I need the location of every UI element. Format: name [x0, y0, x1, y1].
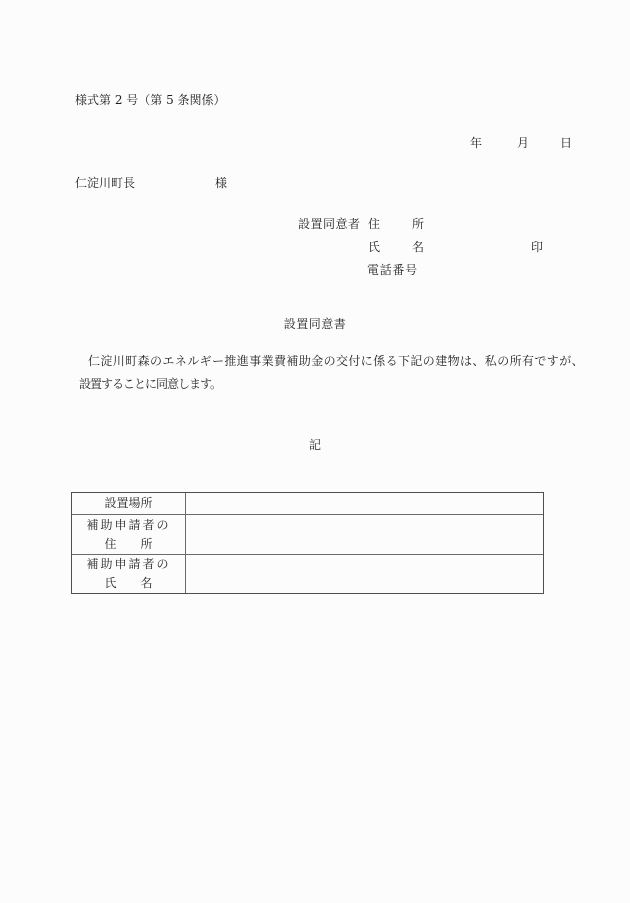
table-row-label-text: 氏 名 — [104, 574, 152, 593]
table-row-label: 補助申請者の 氏 名 — [72, 555, 186, 593]
table-row: 補助申請者の 住 所 — [72, 514, 543, 554]
name-field-label-right: 名 — [412, 240, 424, 255]
table-value-cell — [186, 555, 543, 593]
date-month-label: 月 — [517, 136, 529, 151]
document-title: 設置同意書 — [0, 317, 630, 332]
form-number: 様式第 2 号（第 5 条関係） — [75, 93, 226, 108]
table-value-cell — [186, 515, 543, 554]
table-row: 補助申請者の 氏 名 — [72, 554, 543, 593]
consent-table: 設置場所 補助申請者の 住 所 補助申請者の 氏 名 — [71, 492, 544, 594]
address-field-label-left: 住 — [368, 217, 380, 232]
body-text-line: 仁淀川町森のエネルギー推進事業費補助金の交付に係る下記の建物は、私の所有ですが、 — [88, 354, 584, 369]
table-row: 設置場所 — [72, 493, 543, 514]
list-marker: 記 — [0, 438, 630, 453]
date-day-label: 日 — [560, 136, 572, 151]
address-field-label-right: 所 — [412, 217, 424, 232]
name-field-label-left: 氏 — [368, 240, 380, 255]
addressee-honorific: 様 — [215, 176, 227, 191]
addressee-name: 仁淀川町長 — [75, 176, 135, 191]
table-row-label-text: 補助申請者の — [86, 516, 170, 535]
table-row-label-text: 補助申請者の — [86, 555, 170, 574]
table-row-label-text: 住 所 — [104, 535, 152, 554]
table-value-cell — [186, 493, 543, 514]
table-row-label-text: 設置場所 — [104, 494, 152, 513]
seal-mark: 印 — [531, 240, 543, 255]
phone-field-label: 電話番号 — [367, 263, 418, 278]
body-text-line: 設置することに同意します。 — [79, 377, 221, 392]
table-row-label: 補助申請者の 住 所 — [72, 515, 186, 554]
date-year-label: 年 — [470, 136, 482, 151]
document-page: 様式第 2 号（第 5 条関係） 年 月 日 仁淀川町長 様 設置同意者 住 所… — [0, 0, 630, 903]
consenter-label: 設置同意者 — [298, 217, 361, 232]
table-row-label: 設置場所 — [72, 493, 186, 514]
